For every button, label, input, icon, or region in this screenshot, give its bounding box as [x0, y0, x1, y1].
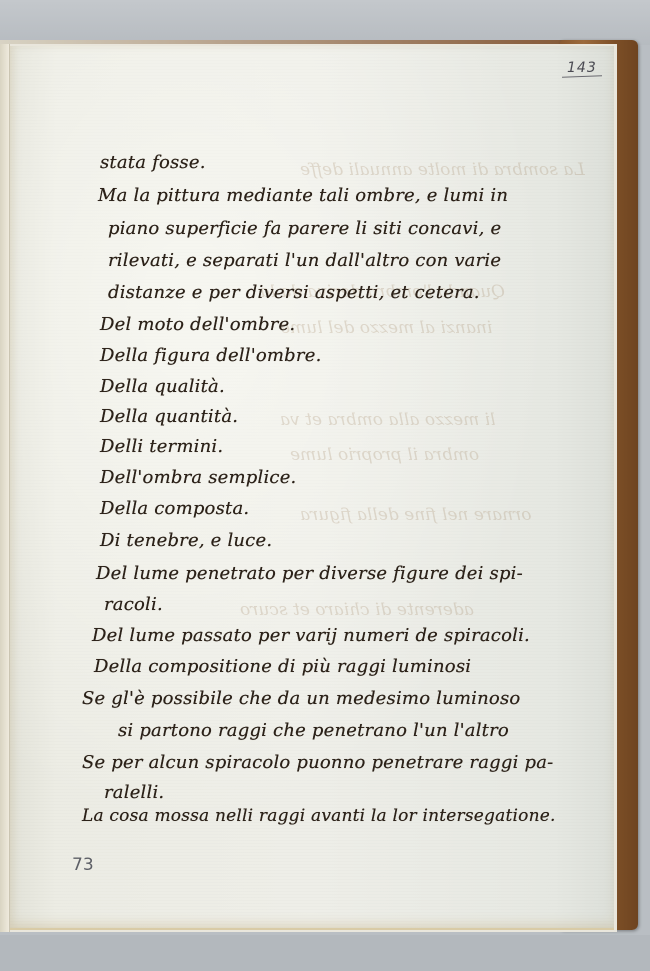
text-line: Del lume passato per varij numeri de spi…	[92, 625, 530, 646]
text-line: Se gl'è possibile che da un medesimo lum…	[82, 688, 520, 709]
text-line: Della composta.	[100, 498, 249, 519]
text-line: Delli termini.	[100, 436, 223, 457]
text-line: piano superficie fa parere li siti conca…	[108, 218, 501, 239]
text-line: Dell'ombra semplice.	[100, 467, 296, 488]
text-line: La cosa mossa nelli raggi avanti la lor …	[82, 806, 556, 826]
text-line: stata fosse.	[100, 152, 206, 173]
text-line: Del moto dell'ombre.	[100, 314, 295, 335]
text-line: Della figura dell'ombre.	[100, 345, 322, 366]
text-line: Ma la pittura mediante tali ombre, e lum…	[98, 185, 508, 206]
text-line: rilevati, e separati l'un dall'altro con…	[108, 250, 501, 271]
text-line: si partono raggi che penetrano l'un l'al…	[118, 720, 509, 741]
text-line: Del lume penetrato per diverse figure de…	[96, 563, 523, 584]
text-line: Della qualità.	[100, 376, 225, 397]
text-line: ralelli.	[104, 782, 164, 803]
text-line: Della quantità.	[100, 406, 238, 427]
text-line: racoli.	[104, 594, 163, 615]
margin-page-number: 73	[72, 855, 94, 875]
text-line: distanze e per diversi aspetti, et ceter…	[108, 282, 480, 303]
text-line: Se per alcun spiracolo puonno penetrare …	[82, 752, 553, 773]
manuscript-text: stata fosse. Ma la pittura mediante tali…	[0, 0, 650, 971]
text-line: Della compositione di più raggi luminosi	[94, 656, 471, 677]
text-line: Di tenebre, e luce.	[100, 530, 272, 551]
